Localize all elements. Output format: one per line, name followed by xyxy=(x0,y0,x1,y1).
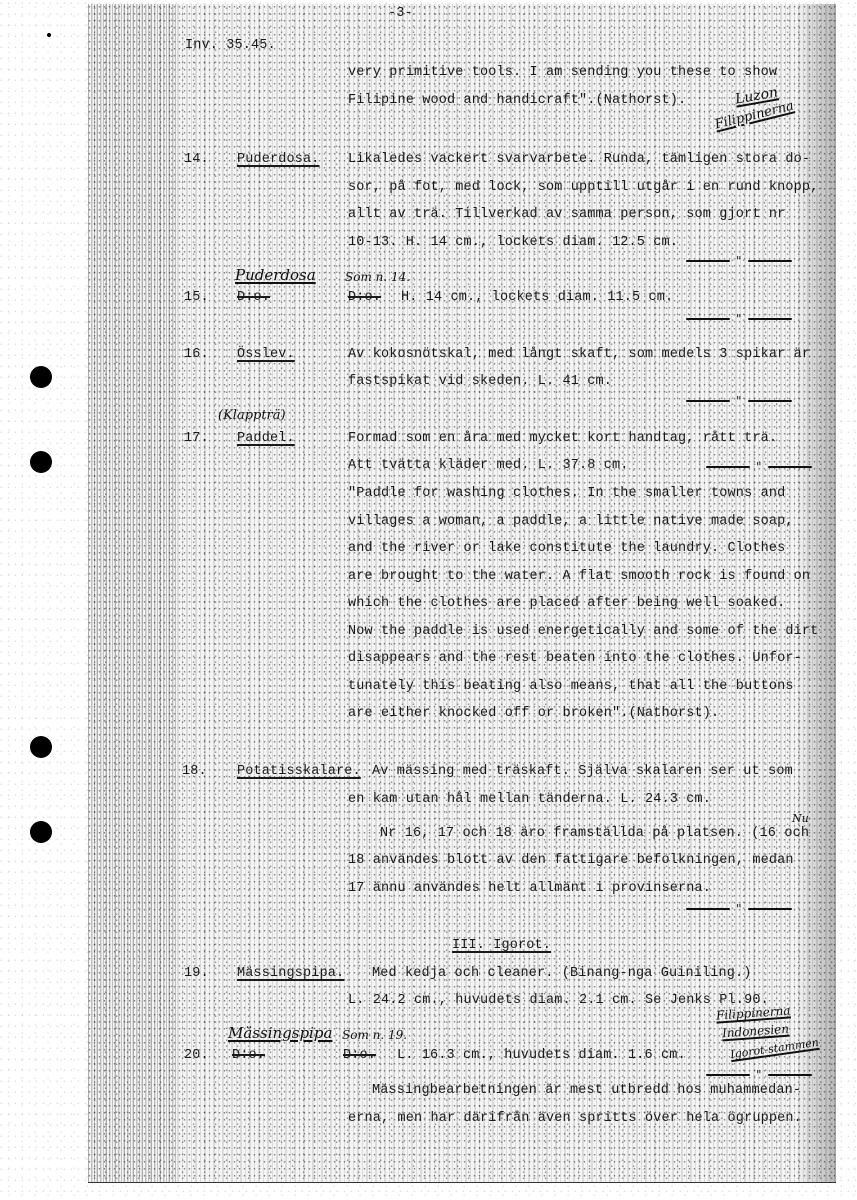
entry-name: Mässingspipa. xyxy=(237,966,344,982)
quote-line: are either knocked off or broken".(Natho… xyxy=(348,706,719,722)
page-number: -3- xyxy=(388,6,413,22)
section-heading: III. Igorot. xyxy=(452,938,551,954)
entry-name: Potatisskalare. xyxy=(237,764,361,780)
handwritten-entry-name: Puderdosa xyxy=(235,266,316,284)
ditto-prefix: D:o. xyxy=(348,290,381,306)
entry-number: 20. xyxy=(184,1048,209,1064)
ditto-mark: " xyxy=(686,254,792,268)
body-line: allt av trä. Tillverkad av samma person,… xyxy=(348,207,785,223)
body-line: Formad som en åra med mycket kort handta… xyxy=(348,431,777,447)
quote-line: villages a woman, a paddle, a little nat… xyxy=(348,514,794,530)
body-line: very primitive tools. I am sending you t… xyxy=(348,65,777,81)
body-line: H. 14 cm., lockets diam. 11.5 cm. xyxy=(401,290,673,306)
quote-line: tunately this beating also means, that a… xyxy=(348,679,794,695)
closing-line: erna, men har därifrån även spritts över… xyxy=(348,1111,802,1127)
quote-line: "Paddle for washing clothes. In the smal… xyxy=(348,486,785,502)
entry-name: Puderdosa. xyxy=(237,152,320,168)
entry-name: Paddel. xyxy=(237,431,295,447)
closing-line: Mässingbearbetningen är mest utbredd hos… xyxy=(372,1083,801,1099)
body-line: Filipine wood and handicraft".(Nathorst)… xyxy=(348,93,686,109)
handwritten-annotation: Nu xyxy=(792,812,809,825)
entry-number: 19. xyxy=(184,966,209,982)
entry-name: D:o. xyxy=(232,1048,265,1064)
ditto-mark: " xyxy=(706,1068,812,1082)
inventory-number: Inv. 35.45. xyxy=(185,38,276,54)
quote-line: which the clothes are placed after being… xyxy=(348,596,785,612)
note-line: 17 ännu användes helt allmänt i provinse… xyxy=(348,881,711,897)
punch-hole xyxy=(30,821,52,843)
punch-hole xyxy=(30,366,52,388)
ditto-mark: " xyxy=(686,394,792,408)
quote-line: are brought to the water. A flat smooth … xyxy=(348,569,810,585)
ditto-prefix: D:o. xyxy=(343,1048,376,1064)
punch-hole xyxy=(30,451,52,473)
quote-line: and the river or lake constitute the lau… xyxy=(348,541,785,557)
ditto-mark: " xyxy=(706,460,812,474)
handwritten-entry-name: Mässingspipa xyxy=(228,1024,332,1042)
body-line: 10-13. H. 14 cm., lockets diam. 12.5 cm. xyxy=(348,235,678,251)
handwritten-note: Som n. 19. xyxy=(342,1028,407,1042)
ditto-mark: " xyxy=(686,902,792,916)
entry-number: 16. xyxy=(184,347,209,363)
body-line: Att tvätta kläder med. L. 37.8 cm. xyxy=(348,458,629,474)
handwritten-note: Som n. 14. xyxy=(345,270,410,284)
entry-name: D:o. xyxy=(237,290,270,306)
entry-number: 14. xyxy=(184,152,209,168)
entry-name: Össlev. xyxy=(237,347,295,363)
body-line: sor, på fot, med lock, som upptill utgår… xyxy=(348,180,818,196)
entry-number: 17. xyxy=(184,431,209,447)
punch-hole xyxy=(30,736,52,758)
body-line: fastspikat vid skeden. L. 41 cm. xyxy=(348,374,612,390)
entry-number: 18. xyxy=(182,764,207,780)
note-line: Nr 16, 17 och 18 äro framställda på plat… xyxy=(380,826,809,842)
body-line: L. 16.3 cm., huvudets diam. 1.6 cm. xyxy=(397,1048,686,1064)
body-line: Av kokosnötskal, med långt skaft, som me… xyxy=(348,347,810,363)
body-line: L. 24.2 cm., huvudets diam. 2.1 cm. Se J… xyxy=(348,993,769,1009)
ditto-mark: " xyxy=(686,312,792,326)
quote-line: disappears and the rest beaten into the … xyxy=(348,651,802,667)
handwritten-entry-name: (Klappträ) xyxy=(218,408,286,423)
body-line: Med kedja och cleaner. (Binang-nga Guini… xyxy=(372,966,752,982)
note-line: 18 användes blott av den fattigare befol… xyxy=(348,853,794,869)
body-line: Likaledes vackert svarvarbete. Runda, tä… xyxy=(348,152,810,168)
body-line: en kam utan hål mellan tänderna. L. 24.3… xyxy=(348,792,711,808)
entry-number: 15. xyxy=(184,290,209,306)
body-line: Av mässing med träskaft. Själva skalaren… xyxy=(372,764,793,780)
quote-line: Now the paddle is used energetically and… xyxy=(348,624,818,640)
